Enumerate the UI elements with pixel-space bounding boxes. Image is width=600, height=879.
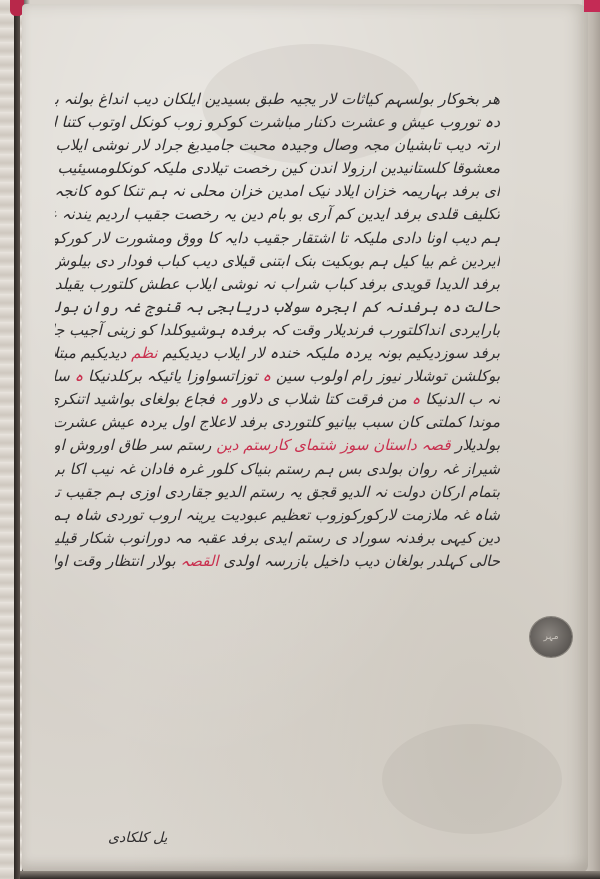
paper-stain	[382, 724, 562, 834]
text-line: ایردین غم بیا کیل ہم بوبکیت بنک ابتنی قی…	[55, 250, 500, 273]
text-line: بولدیلار قصہ داستان سوز شتمای کارستم دین…	[55, 434, 500, 457]
text-line: شیراز غہ روان بولدی بس ہم رستم بنیاک کلو…	[55, 458, 500, 481]
manuscript-photo: هر بخوکار بولسہم کیاثات لار یجیہ طبق بسی…	[0, 0, 600, 879]
body-text: حالت دہ برفدنہ کم ابجرہ سولاب دریاہجی بہ…	[55, 298, 500, 316]
text-line: ای برفد بہاریمہ خزان ایلاد نیک امدین خزا…	[55, 180, 500, 203]
text-line: تکلیف قلدی برفد ایدین کم آری بو بام دین …	[55, 203, 500, 226]
body-text: ای برفد بہاریمہ خزان ایلاد نیک امدین خزا…	[55, 182, 500, 200]
text-line: برفد الدیدا قویدی برفد کباب شراب نہ نوشی…	[55, 273, 500, 296]
text-line: معشوقا کلستانیدین ارزولا اندن کین رخصت ت…	[55, 157, 500, 180]
text-line: دین کیہی برفدنہ سوراد ی رستم ایدی برفد ع…	[55, 527, 500, 550]
rubric-text: قصہ داستان سوز شتمای کارستم دین	[216, 436, 450, 454]
body-text: ایردین غم بیا کیل ہم بوبکیت بنک ابتنی قی…	[55, 252, 500, 270]
text-line: بوکلشن توشلار نیوز رام اولوب سین ہ توزات…	[55, 365, 500, 388]
text-line: برفد سوزدیکیم بونہ یردہ ملیکہ خندہ لار ا…	[55, 342, 500, 365]
text-line: بتمام ارکان دولت نہ الدیو قجق یہ رستم ال…	[55, 481, 500, 504]
rubric-text: القصہ	[180, 552, 218, 570]
bottom-page-edge	[20, 871, 600, 879]
body-text: من فرقت کتا شلاب ی دلاور	[228, 390, 412, 408]
rubric-text: ہ	[74, 367, 83, 385]
body-text: دیدیکیم مبتلای دایم اولوب سینہ	[55, 344, 131, 362]
text-line: ہم دیب اونا دادی ملیکہ تا اشتقار جقیب دا…	[55, 227, 500, 250]
seal-inscription: مہر	[543, 632, 558, 642]
owner-seal-stamp: مہر	[530, 617, 572, 657]
manuscript-text-block: هر بخوکار بولسہم کیاثات لار یجیہ طبق بسی…	[55, 88, 500, 573]
rubric-text: ہ	[219, 390, 228, 408]
body-text: موندا کملتی کان سبب بیانیو کلتوردی برفد …	[55, 413, 500, 431]
text-line: دہ توروب عیش و عشرت دکنار مباشرت کوکرو ز…	[55, 111, 500, 134]
body-text: تکلیف قلدی برفد ایدین کم آری بو بام دین …	[55, 205, 500, 223]
body-text: بولدیلار	[450, 436, 500, 454]
text-line: نہ ب الدنیکا ہ من فرقت کتا شلاب ی دلاور …	[55, 388, 500, 411]
text-line: بارایردی انداکلتورب فرندیلار وقت کہ برفد…	[55, 319, 500, 342]
text-line: حالی کہلدر بولغان دیب داخیل بازرسہ اولدی…	[55, 550, 500, 573]
body-text: دہ توروب عیش و عشرت دکنار مباشرت کوکرو ز…	[55, 113, 500, 131]
body-text: هر بخوکار بولسہم کیاثات لار یجیہ طبق بسی…	[55, 90, 500, 108]
body-text: نہ ب الدنیکا	[420, 390, 500, 408]
body-text: ارتہ دیب تابشیان مجہ وصال وجیدہ محبت جام…	[55, 136, 500, 154]
text-line: هر بخوکار بولسہم کیاثات لار یجیہ طبق بسی…	[55, 88, 500, 111]
body-text: برفد الدیدا قویدی برفد کباب شراب نہ نوشی…	[55, 275, 500, 293]
text-line: ارتہ دیب تابشیان مجہ وصال وجیدہ محبت جام…	[55, 134, 500, 157]
text-line: موندا کملتی کان سبب بیانیو کلتوردی برفد …	[55, 411, 500, 434]
body-text: توزاتسواوزا یائیکہ برکلدنیکا	[83, 367, 262, 385]
text-line: حالت دہ برفدنہ کم ابجرہ سولاب دریاہجی بہ…	[55, 296, 500, 319]
catchword: یل کلکادی	[108, 830, 167, 846]
body-text: شاہ غہ ملازمت لارکورکوزوب تعظیم عبودیت ی…	[55, 506, 500, 524]
binding-shadow	[14, 0, 20, 879]
rubric-text: ہ	[262, 367, 271, 385]
body-text: فجاع بولغای بواشید اتنکری یاور	[55, 390, 219, 408]
body-text: ساجم زنجیر نیو ازلوک	[55, 367, 74, 385]
red-cover-corner-right	[584, 0, 600, 12]
body-text: ہم دیب اونا دادی ملیکہ تا اشتقار جقیب دا…	[55, 229, 500, 247]
body-text: معشوقا کلستانیدین ارزولا اندن کین رخصت ت…	[55, 159, 500, 177]
text-line: شاہ غہ ملازمت لارکورکوزوب تعظیم عبودیت ی…	[55, 504, 500, 527]
body-text: شیراز غہ روان بولدی بس ہم رستم بنیاک کلو…	[55, 460, 500, 478]
body-text: بولار انتظار وقت اولتوردیلار برفدکی	[55, 552, 180, 570]
body-text: بارایردی انداکلتورب فرندیلار وقت کہ برفد…	[55, 321, 500, 339]
body-text: بتمام ارکان دولت نہ الدیو قجق یہ رستم ال…	[55, 483, 500, 501]
body-text: بوکلشن توشلار نیوز رام اولوب سین	[271, 367, 500, 385]
body-text: برفد سوزدیکیم بونہ یردہ ملیکہ خندہ لار ا…	[158, 344, 500, 362]
body-text: حالی کہلدر بولغان دیب داخیل بازرسہ اولدی	[219, 552, 500, 570]
body-text: دین کیہی برفدنہ سوراد ی رستم ایدی برفد ع…	[55, 529, 500, 547]
body-text: رستم سر طاق اوروش اولتوروب	[55, 436, 216, 454]
rubric-text: نظم	[131, 344, 157, 362]
